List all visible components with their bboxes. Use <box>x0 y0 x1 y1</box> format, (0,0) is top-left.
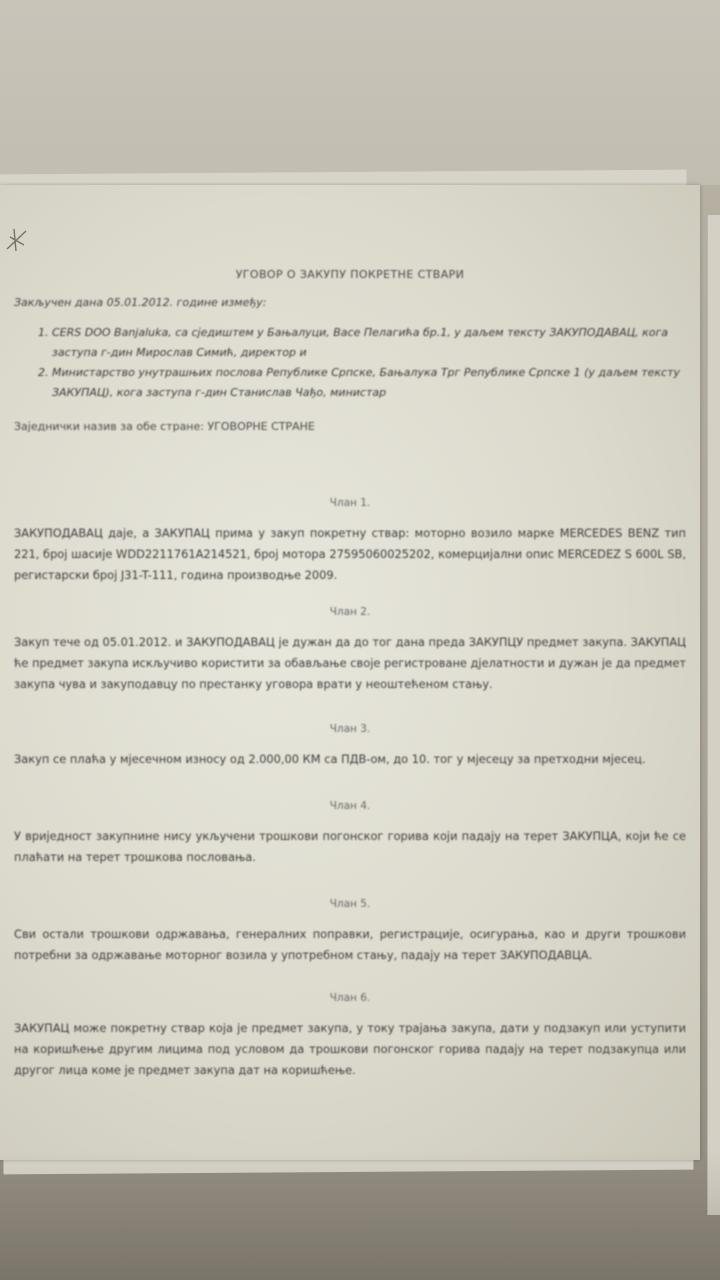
photo-shadow <box>0 1150 720 1280</box>
article-text: Закуп се плаћа у мјесечном износу од 2.0… <box>14 749 686 770</box>
parties-list: CERS DOO Banjaluka, са сједиштем у Бањал… <box>14 323 686 403</box>
document-title: УГОВОР О ЗАКУПУ ПОКРЕТНЕ СТВАРИ <box>14 265 686 285</box>
article-text: У вриједност закупнине нису укључени тро… <box>14 826 686 868</box>
contract-text: УГОВОР О ЗАКУПУ ПОКРЕТНЕ СТВАРИ Закључен… <box>14 265 686 1081</box>
article-heading: Члан 4. <box>14 796 686 816</box>
article-text: Сви остали трошкови одржавања, генерални… <box>14 924 686 966</box>
article-text: Закуп тече од 05.01.2012. и ЗАКУПОДАВАЦ … <box>14 632 686 695</box>
adjacent-sheet-edge <box>707 215 720 1215</box>
article-heading: Члан 3. <box>14 719 686 739</box>
document-page: УГОВОР О ЗАКУПУ ПОКРЕТНЕ СТВАРИ Закључен… <box>0 185 700 1160</box>
article-text: ЗАКУПОДАВАЦ даје, а ЗАКУПАЦ прима у заку… <box>14 523 686 586</box>
article-text: ЗАКУПАЦ може покретну ствар која је пред… <box>14 1018 686 1081</box>
party-item: CERS DOO Banjaluka, са сједиштем у Бањал… <box>52 323 686 363</box>
pen-mark-icon <box>4 227 30 253</box>
common-name: Заједнички назив за обе стране: УГОВОРНЕ… <box>14 417 686 437</box>
article-heading: Члан 1. <box>14 493 686 513</box>
article-heading: Члан 2. <box>14 602 686 622</box>
document-intro: Закључен дана 05.01.2012. године између: <box>14 293 686 313</box>
article-heading: Члан 6. <box>14 988 686 1008</box>
background-wall <box>0 0 720 185</box>
article-heading: Члан 5. <box>14 894 686 914</box>
party-item: Министарство унутрашњих послова Републик… <box>52 363 686 403</box>
